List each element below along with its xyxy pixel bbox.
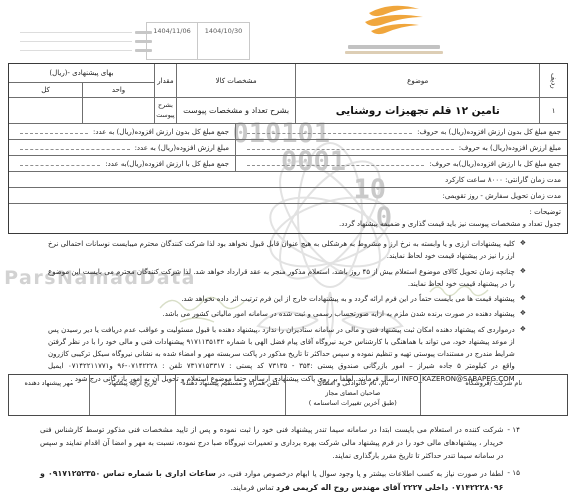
item-subject: تامین ۱۲ قلم تجهیزات روشنایی (295, 98, 539, 123)
item-row: ۱ تامین ۱۲ قلم تجهیزات روشنایی بشرح تعدا… (9, 97, 567, 123)
fill-line (20, 149, 130, 150)
note-item-15: ۱۵ - لطفا در صورت نیاز به کسب اطلاعات بی… (40, 467, 520, 495)
header-subject: موضوع (295, 64, 539, 97)
sum-with-vat-words-label: جمع مبلغ کل با ارزش افزوده(ریال)به حروف: (429, 160, 561, 168)
diamond-bullet-icon: ❖ (520, 266, 526, 291)
term-item-1: ❖ کلیه پیشنهادات ارزی و یا وابسته به نرخ… (48, 238, 526, 263)
note-14-text: شرکت کننده در استعلام می بایست ابتدا در … (40, 424, 503, 463)
fill-line (20, 165, 100, 166)
date-value-left: 1404/11/06 (147, 23, 198, 59)
item-row-number: ۱ (539, 98, 567, 123)
letterhead-reference-lines (20, 31, 152, 58)
term-item-2: ❖ چنانچه زمان تحویل کالای موضوع استعلام … (48, 266, 526, 291)
note-15-text-tail: تماس فرمایند. (231, 483, 276, 492)
total-price-input-cell[interactable] (9, 98, 82, 123)
term-item-4: ❖ پیشنهاد دهنده در صورت برنده شدن ملزم ب… (48, 308, 526, 320)
note-item-14: ۱۴ - شرکت کننده در استعلام می بایست ابتد… (40, 424, 520, 463)
proposal-date-cell[interactable]: تاریخ ارایه پیشنهاد (89, 375, 176, 415)
bidder-stamp-cell[interactable]: مهر پیشنهاد دهنده (9, 375, 89, 415)
bidder-phone-cell[interactable]: تلفن همراه و مستقیم پیشنهاد دهنده (175, 375, 285, 415)
reference-line (20, 40, 152, 43)
inquiry-table: ردیف موضوع مشخصات کالا مقدار بهای پیشنها… (8, 63, 568, 234)
reference-line (20, 31, 152, 34)
guarantee-row: مدت زمان گارانتی: ۸۰۰۰ ساعت کارکرد (9, 171, 567, 187)
note-15-number: ۱۵ - (507, 467, 520, 495)
term-text-3: پیشنهاد قیمت ها می بایست حتماً در این فر… (48, 293, 515, 305)
header-price-group: بهای پیشنهادی -(ریال) واحد کل (9, 64, 154, 97)
logo-caption-line (348, 45, 440, 49)
notes-text: جدول تعداد و مشخصات پیوست نیز باید قیمت … (15, 219, 561, 231)
unit-price-input-cell[interactable] (82, 98, 154, 123)
date-box: 1404/11/06 1404/10/30 (146, 22, 250, 60)
terms-list: ❖ کلیه پیشنهادات ارزی و یا وابسته به نرخ… (48, 238, 526, 388)
date-value-right: 1404/10/30 (198, 23, 249, 59)
sum-without-vat-words-label: جمع مبلغ کل بدون ارزش افزوده(ریال) به حر… (417, 128, 561, 136)
company-logo (336, 5, 452, 54)
header-row-number: ردیف (539, 64, 567, 97)
notes-label: توضیحات : (15, 207, 561, 219)
reference-line (20, 49, 152, 52)
term-text-1: کلیه پیشنهادات ارزی و یا وابسته به نرخ ا… (48, 238, 515, 263)
signature-table: نام شرکت /فروشگاه نام، نام خانوادگی و ام… (8, 374, 568, 416)
vat-amount-words[interactable]: مبلغ ارزش افزوده(ریال) به حروف: (235, 140, 567, 155)
vat-amount-number-label: مبلغ ارزش افزوده(ریال) به عدد: (135, 144, 229, 152)
sum-without-vat-number-label: جمع مبلغ کل بدون ارزش افزوده(ریال) به عد… (93, 128, 229, 136)
fill-line (247, 165, 424, 166)
sum-with-vat-number[interactable]: جمع مبلغ کل با ارزش افزوده(ریال)به عدد: (9, 156, 235, 171)
diamond-bullet-icon: ❖ (520, 238, 526, 263)
header-specs: مشخصات کالا (176, 64, 295, 97)
authorized-signatories-cell[interactable]: نام، نام خانوادگی و امضای صاحبان امضای م… (285, 375, 420, 415)
notes-row: توضیحات : جدول تعداد و مشخصات پیوست نیز … (9, 203, 567, 233)
sum-with-vat-words[interactable]: جمع مبلغ کل با ارزش افزوده(ریال)به حروف: (235, 156, 567, 171)
header-total-price: کل (9, 83, 82, 97)
sum-with-vat-number-label: جمع مبلغ کل با ارزش افزوده(ریال)به عدد: (105, 160, 229, 168)
fill-line (247, 133, 412, 134)
sum-row-with-vat: جمع مبلغ کل با ارزش افزوده(ریال)به حروف:… (9, 155, 567, 171)
fill-line (20, 133, 88, 134)
term-item-3: ❖ پیشنهاد قیمت ها می بایست حتماً در این … (48, 293, 526, 305)
bottom-notes: ۱۴ - شرکت کننده در استعلام می بایست ابتد… (40, 424, 520, 499)
vat-amount-row: مبلغ ارزش افزوده(ریال) به حروف: مبلغ ارز… (9, 139, 567, 155)
sum-without-vat-number[interactable]: جمع مبلغ کل بدون ارزش افزوده(ریال) به عد… (9, 124, 235, 139)
sum-without-vat-words[interactable]: جمع مبلغ کل بدون ارزش افزوده(ریال) به حر… (235, 124, 567, 139)
item-quantity: بشرح پیوست (154, 98, 176, 123)
note-14-number: ۱۴ - (507, 424, 520, 463)
vat-amount-words-label: مبلغ ارزش افزوده(ریال) به حروف: (459, 144, 561, 152)
diamond-bullet-icon: ❖ (520, 293, 526, 305)
company-name-cell[interactable]: نام شرکت /فروشگاه (420, 375, 567, 415)
logo-swoosh-icon (361, 5, 427, 39)
term-text-2: چنانچه زمان تحویل کالای موضوع استعلام بی… (48, 266, 515, 291)
term-text-4: پیشنهاد دهنده در صورت برنده شدن ملزم به … (48, 308, 515, 320)
header-price-label: بهای پیشنهادی -(ریال) (9, 64, 154, 83)
header-unit-price: واحد (82, 83, 154, 97)
logo-caption-subline (345, 51, 443, 54)
document-page: 010101 0001 10 0 ParsNamadData (0, 0, 576, 503)
note-15-text-normal: لطفا در صورت نیاز به کسب اطلاعات بیشتر و… (216, 469, 504, 478)
header-quantity: مقدار (154, 64, 176, 97)
diamond-bullet-icon: ❖ (520, 308, 526, 320)
inquiry-table-header: ردیف موضوع مشخصات کالا مقدار بهای پیشنها… (9, 64, 567, 97)
note-15-contact-hours-bold: ساعات اداری با شماره تماس (103, 469, 216, 478)
vat-amount-number[interactable]: مبلغ ارزش افزوده(ریال) به عدد: (9, 140, 235, 155)
delivery-time-row[interactable]: مدت زمان تحویل سفارش - روز تقویمی: (9, 187, 567, 203)
sum-row-without-vat: جمع مبلغ کل بدون ارزش افزوده(ریال) به حر… (9, 123, 567, 139)
item-price-cells (9, 98, 154, 123)
note-15-text: لطفا در صورت نیاز به کسب اطلاعات بیشتر و… (40, 467, 503, 495)
item-specs: بشرح تعداد و مشخصات پیوست (176, 98, 295, 123)
fill-line (247, 149, 454, 150)
